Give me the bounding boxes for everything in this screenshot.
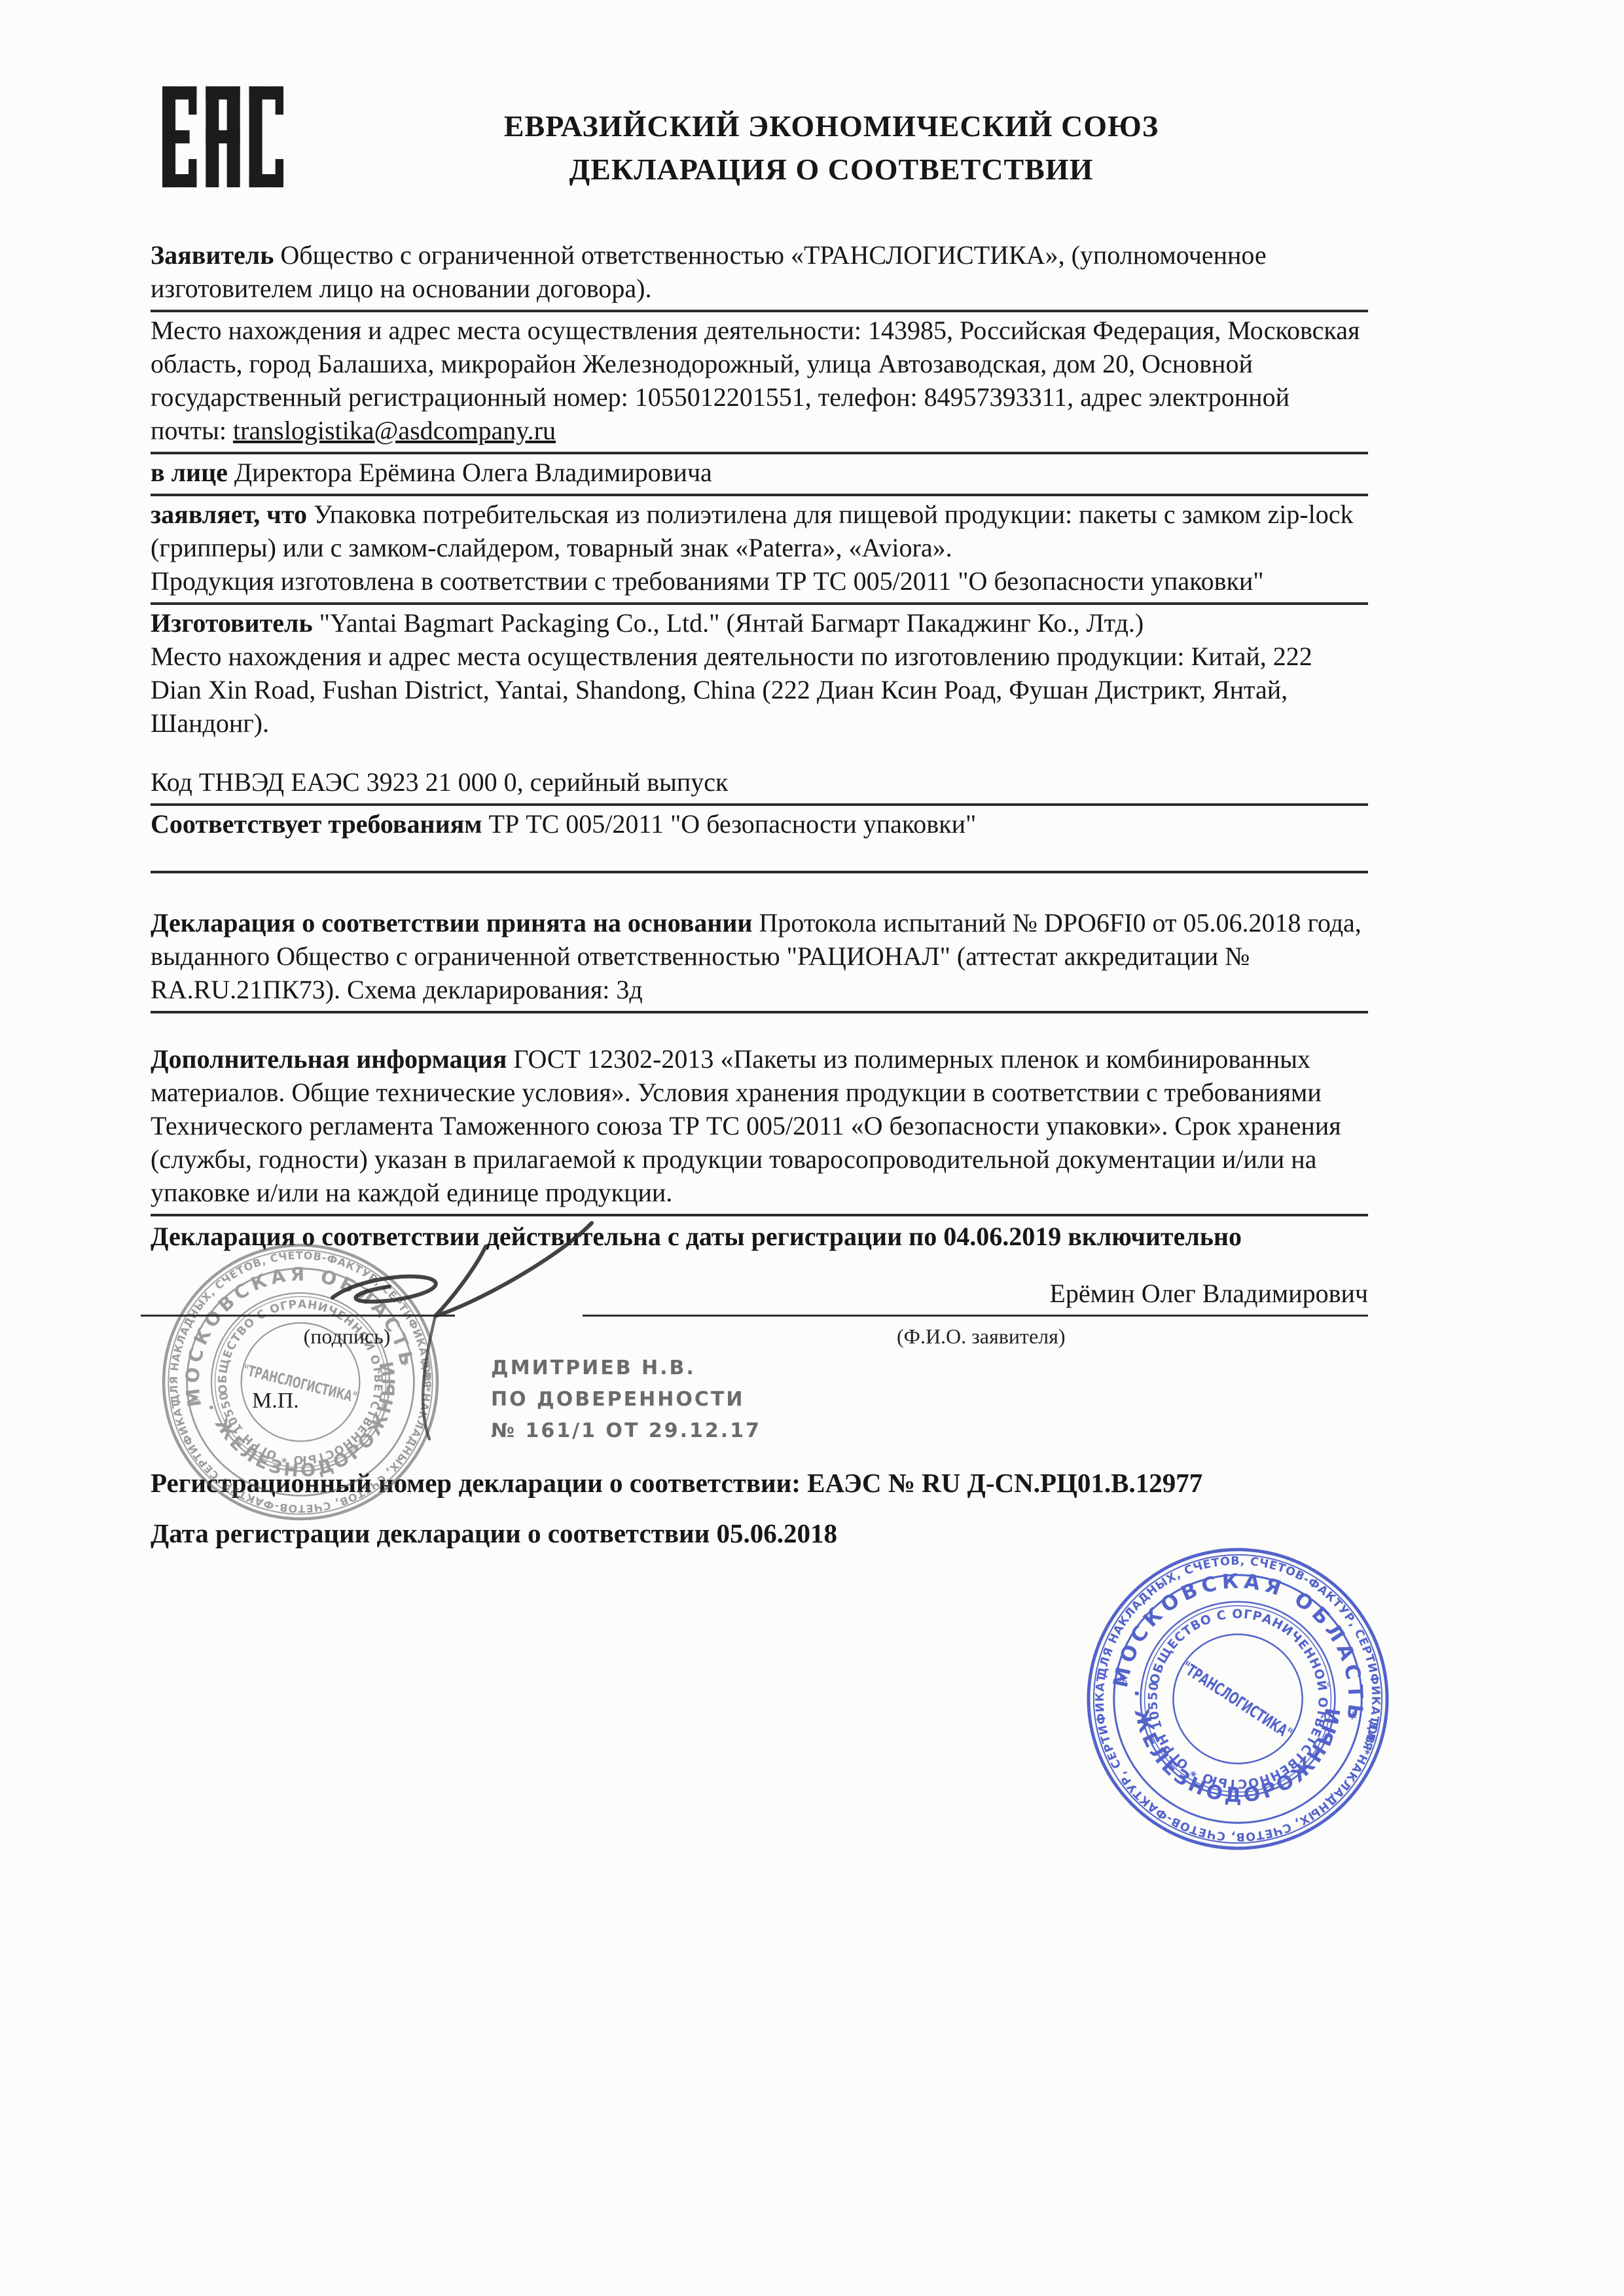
company-stamp-blue: ДЛЯ НАКЛАДНЫХ, СЧЕТОВ, СЧЕТОВ-ФАКТУР, СЕ…	[1059, 1520, 1417, 1878]
union-title: ЕВРАЗИЙСКИЙ ЭКОНОМИЧЕСКИЙ СОЮЗ	[281, 109, 1381, 143]
declares-label: заявляет, что	[151, 500, 307, 529]
document-body: Заявитель Общество с ограниченной ответс…	[151, 237, 1368, 1550]
attorney-number: № 161/1 ОТ 29.12.17	[491, 1415, 761, 1447]
section-tnved-code: Код ТНВЭД ЕАЭС 3923 21 000 0, серийный в…	[151, 764, 1368, 806]
manufacturer-text: "Yantai Bagmart Packaging Co., Ltd." (Ян…	[319, 608, 1144, 638]
section-applicant: Заявитель Общество с ограниченной ответс…	[151, 237, 1368, 312]
applicant-text: Общество с ограниченной ответственностью…	[151, 240, 1267, 303]
manufacturer-address: Место нахождения и адрес места осуществл…	[151, 640, 1368, 740]
additional-info-label: Дополнительная информация	[151, 1044, 507, 1074]
signature-block: ДЛЯ НАКЛАДНЫХ, СЧЕТОВ, СЧЕТОВ-ФАКТУР, СЕ…	[151, 1253, 1368, 1461]
document-title: ДЕКЛАРАЦИЯ О СООТВЕТСТВИИ	[281, 152, 1381, 187]
applicant-label: Заявитель	[151, 240, 274, 270]
attorney-basis: ПО ДОВЕРЕННОСТИ	[491, 1384, 761, 1415]
section-manufacturer: Изготовитель "Yantai Bagmart Packaging C…	[151, 605, 1368, 744]
attorney-name: ДМИТРИЕВ Н.В.	[491, 1353, 761, 1384]
represented-by-label: в лице	[151, 458, 228, 487]
declares-paragraph: заявляет, что Упаковка потребительская и…	[151, 498, 1368, 564]
complies-text: ТР ТС 005/2011 "О безопасности упаковки"	[489, 809, 977, 839]
represented-by-text: Директора Ерёмина Олега Владимировича	[234, 458, 712, 487]
section-represented-by: в лице Директора Ерёмина Олега Владимиро…	[151, 454, 1368, 496]
eac-mark-icon	[162, 84, 283, 190]
section-applicant-address: Место нахождения и адрес места осуществл…	[151, 312, 1368, 454]
declares-text: Упаковка потребительская из полиэтилена …	[151, 500, 1354, 562]
signature-line	[141, 1315, 455, 1317]
made-in-accordance-line: Продукция изготовлена в соответствии с т…	[151, 564, 1368, 598]
eac-mark-logo	[162, 84, 283, 190]
stamp-company-name: "ТРАНСЛОГИСТИКА"	[1178, 1658, 1295, 1743]
manufacturer-paragraph: Изготовитель "Yantai Bagmart Packaging C…	[151, 606, 1368, 640]
fio-caption: (Ф.И.О. заявителя)	[897, 1320, 1065, 1353]
manufacturer-label: Изготовитель	[151, 608, 313, 638]
fio-line	[583, 1315, 1368, 1317]
attorney-stamp: ДМИТРИЕВ Н.В. ПО ДОВЕРЕННОСТИ № 161/1 ОТ…	[491, 1353, 761, 1447]
round-company-stamp: ДЛЯ НАКЛАДНЫХ, СЧЕТОВ, СЧЕТОВ-ФАКТУР, СЕ…	[1059, 1520, 1417, 1878]
basis-label: Декларация о соответствии принята на осн…	[151, 908, 752, 938]
complies-label: Соответствует требованиям	[151, 809, 482, 839]
section-additional-info: Дополнительная информация ГОСТ 12302-201…	[151, 1041, 1368, 1216]
section-declares: заявляет, что Упаковка потребительская и…	[151, 496, 1368, 605]
section-basis: Декларация о соответствии принята на осн…	[151, 873, 1368, 1013]
declaration-document-page: ЕВРАЗИЙСКИЙ ЭКОНОМИЧЕСКИЙ СОЮЗ ДЕКЛАРАЦИ…	[0, 0, 1624, 2296]
signature-caption: (подпись)	[242, 1320, 452, 1353]
applicant-email: translogistika@asdcompany.ru	[233, 416, 556, 445]
section-complies: Соответствует требованиям ТР ТС 005/2011…	[151, 806, 1368, 873]
stamp-place-caption: М.П.	[252, 1384, 357, 1417]
applicant-fio-name: Ерёмин Олег Владимирович	[583, 1277, 1368, 1310]
